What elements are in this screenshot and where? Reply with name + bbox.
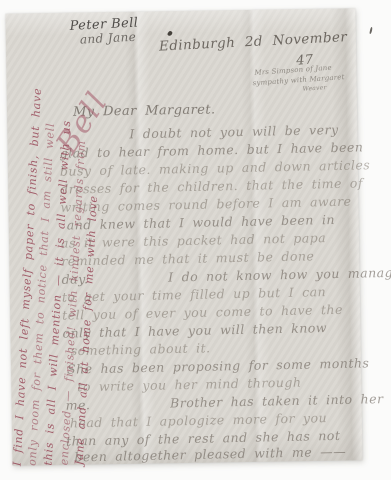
pencil-note-name-2: and Jane [80,30,137,47]
body-line: busy of late. making up and down article… [60,159,371,177]
body-line: glad to hear from home. but I have been [60,141,364,159]
body-line: reminded me that it must be done [61,250,314,267]
body-line: tell you of ever you come to have the [62,304,343,322]
body-line: me. Brother has taken it into her [66,393,384,412]
body-line: She has been proposing for some months [67,357,370,375]
body-line: as it were this packet had not papa [61,232,326,250]
letter-scan: Peter Bell and Jane Edinburgh 2d Novembe… [0,0,391,480]
body-line: to write you her mind through [77,377,301,394]
body-line: dresses for the children. that the time … [60,177,363,195]
dateline: Edinburgh 2d November [159,29,348,55]
paper-sheet: Peter Bell and Jane Edinburgh 2d Novembe… [5,8,362,465]
body-line: writing comes round before I am aware [60,196,351,214]
body-line: been altogether pleased with me —— [74,446,346,464]
archivist-annotation-line3: Weaver [302,84,326,93]
body-line: and knew that I would have been in [67,214,335,232]
body-line: head that I apologize more for you [70,412,327,429]
body-line: I doubt not you will be very [129,124,338,140]
body-line: only that I have you will then know [62,322,327,340]
ink-speck [369,27,372,34]
body-line: to get your time filled up but I can [62,286,326,304]
body-line: day. I do not know how you manage [62,267,391,286]
